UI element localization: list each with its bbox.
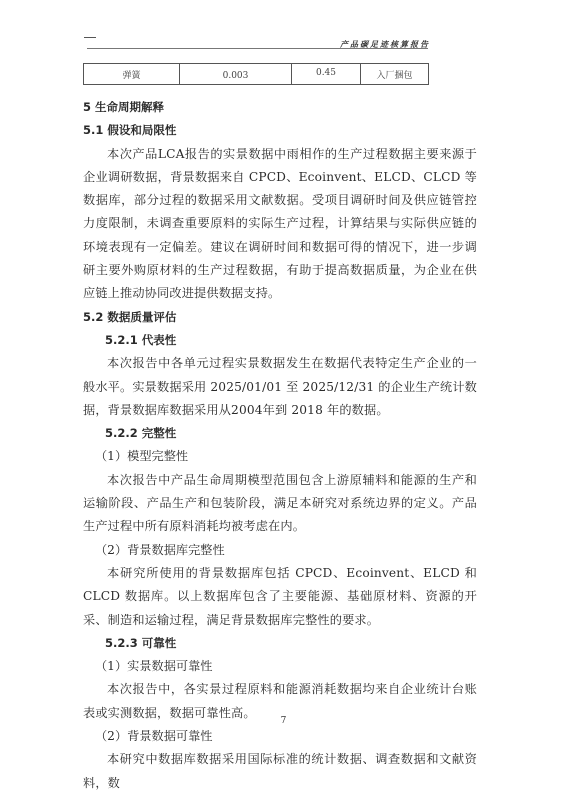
list-heading: （2）背景数据库完整性 — [83, 539, 477, 562]
section-heading: 5.1 假设和局限性 — [83, 119, 477, 142]
table-cell-distance: 0.45 — [292, 64, 361, 85]
paragraph: 本次报告中产品生命周期模型范围包含上游原辅料和能源的生产和运输阶段、产品生产和包… — [83, 469, 477, 539]
subsection-heading: 5.2.3 可靠性 — [83, 632, 477, 655]
subsection-heading: 5.2.1 代表性 — [83, 329, 477, 352]
header-rule — [87, 48, 428, 49]
paragraph: 本研究所使用的背景数据库包括 CPCD、Ecoinvent、ELCD 和 CLC… — [83, 562, 477, 632]
header-mark — [84, 37, 96, 38]
paragraph: 本研究中数据库数据采用国际标准的统计数据、调查数据和文献资料，数 — [83, 748, 477, 795]
paragraph: 本次产品LCA报告的实景数据中雨相作的生产过程数据主要来源于企业调研数据，背景数… — [83, 143, 477, 306]
table-row: 弹簧 0.003 0.45 入厂捆包 — [84, 64, 429, 85]
section-heading: 5.2 数据质量评估 — [83, 306, 477, 329]
section-heading: 5 生命周期解释 — [83, 96, 477, 119]
page-number: 7 — [0, 716, 567, 726]
document-body: 5 生命周期解释 5.1 假设和局限性 本次产品LCA报告的实景数据中雨相作的生… — [83, 96, 477, 795]
table-cell-quantity: 0.003 — [180, 64, 292, 85]
list-heading: （2）背景数据可靠性 — [83, 725, 477, 748]
table-cell-source: 入厂捆包 — [361, 64, 429, 85]
material-table: 弹簧 0.003 0.45 入厂捆包 — [83, 63, 429, 85]
list-heading: （1）实景数据可靠性 — [83, 655, 477, 678]
subsection-heading: 5.2.2 完整性 — [83, 422, 477, 445]
list-heading: （1）模型完整性 — [83, 445, 477, 468]
paragraph: 本次报告中各单元过程实景数据发生在数据代表特定生产企业的一般水平。实景数据采用 … — [83, 352, 477, 422]
table-cell-material: 弹簧 — [84, 64, 180, 85]
